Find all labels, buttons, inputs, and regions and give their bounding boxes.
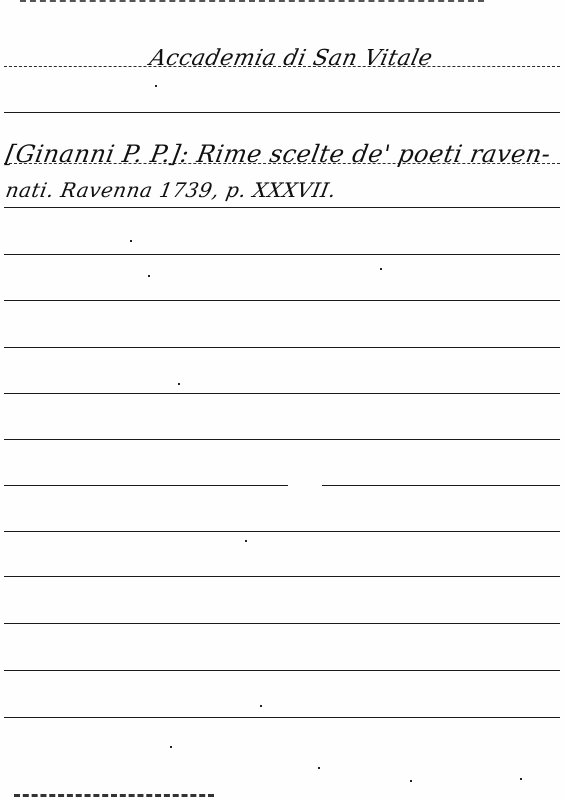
ruled-line (4, 623, 560, 624)
entry-text-line-2: nati. Ravenna 1739, p. XXXVII. (4, 178, 338, 202)
scan-speck (520, 778, 522, 780)
ruled-line (4, 576, 560, 577)
scan-speck (130, 240, 132, 242)
scan-speck (155, 85, 157, 87)
scan-speck (410, 780, 412, 782)
ruled-line (4, 393, 560, 394)
scan-speck (178, 383, 180, 385)
ruled-line (4, 112, 560, 113)
ruled-line (4, 531, 560, 532)
scan-speck (260, 705, 262, 707)
catalog-card: Accademia di San Vitale [Ginanni P. P.]:… (0, 0, 564, 800)
ruled-line (4, 207, 560, 208)
ruled-line (4, 485, 288, 486)
ruled-line (4, 670, 560, 671)
scan-edge-top (20, 0, 484, 4)
ruled-line (322, 485, 560, 486)
scan-speck (170, 746, 172, 748)
ruled-line (4, 347, 560, 348)
ruled-line (4, 254, 560, 255)
scan-speck (318, 767, 320, 769)
ruled-line (4, 439, 560, 440)
entry-text-line-1: [Ginanni P. P.]: Rime scelte de' poeti r… (4, 140, 553, 168)
card-heading: Accademia di San Vitale (147, 46, 435, 71)
ruled-line (4, 300, 560, 301)
scan-speck (148, 275, 150, 277)
scan-edge-bottom (14, 794, 214, 800)
ruled-line (4, 717, 560, 718)
scan-speck (245, 540, 247, 542)
scan-speck (380, 268, 382, 270)
